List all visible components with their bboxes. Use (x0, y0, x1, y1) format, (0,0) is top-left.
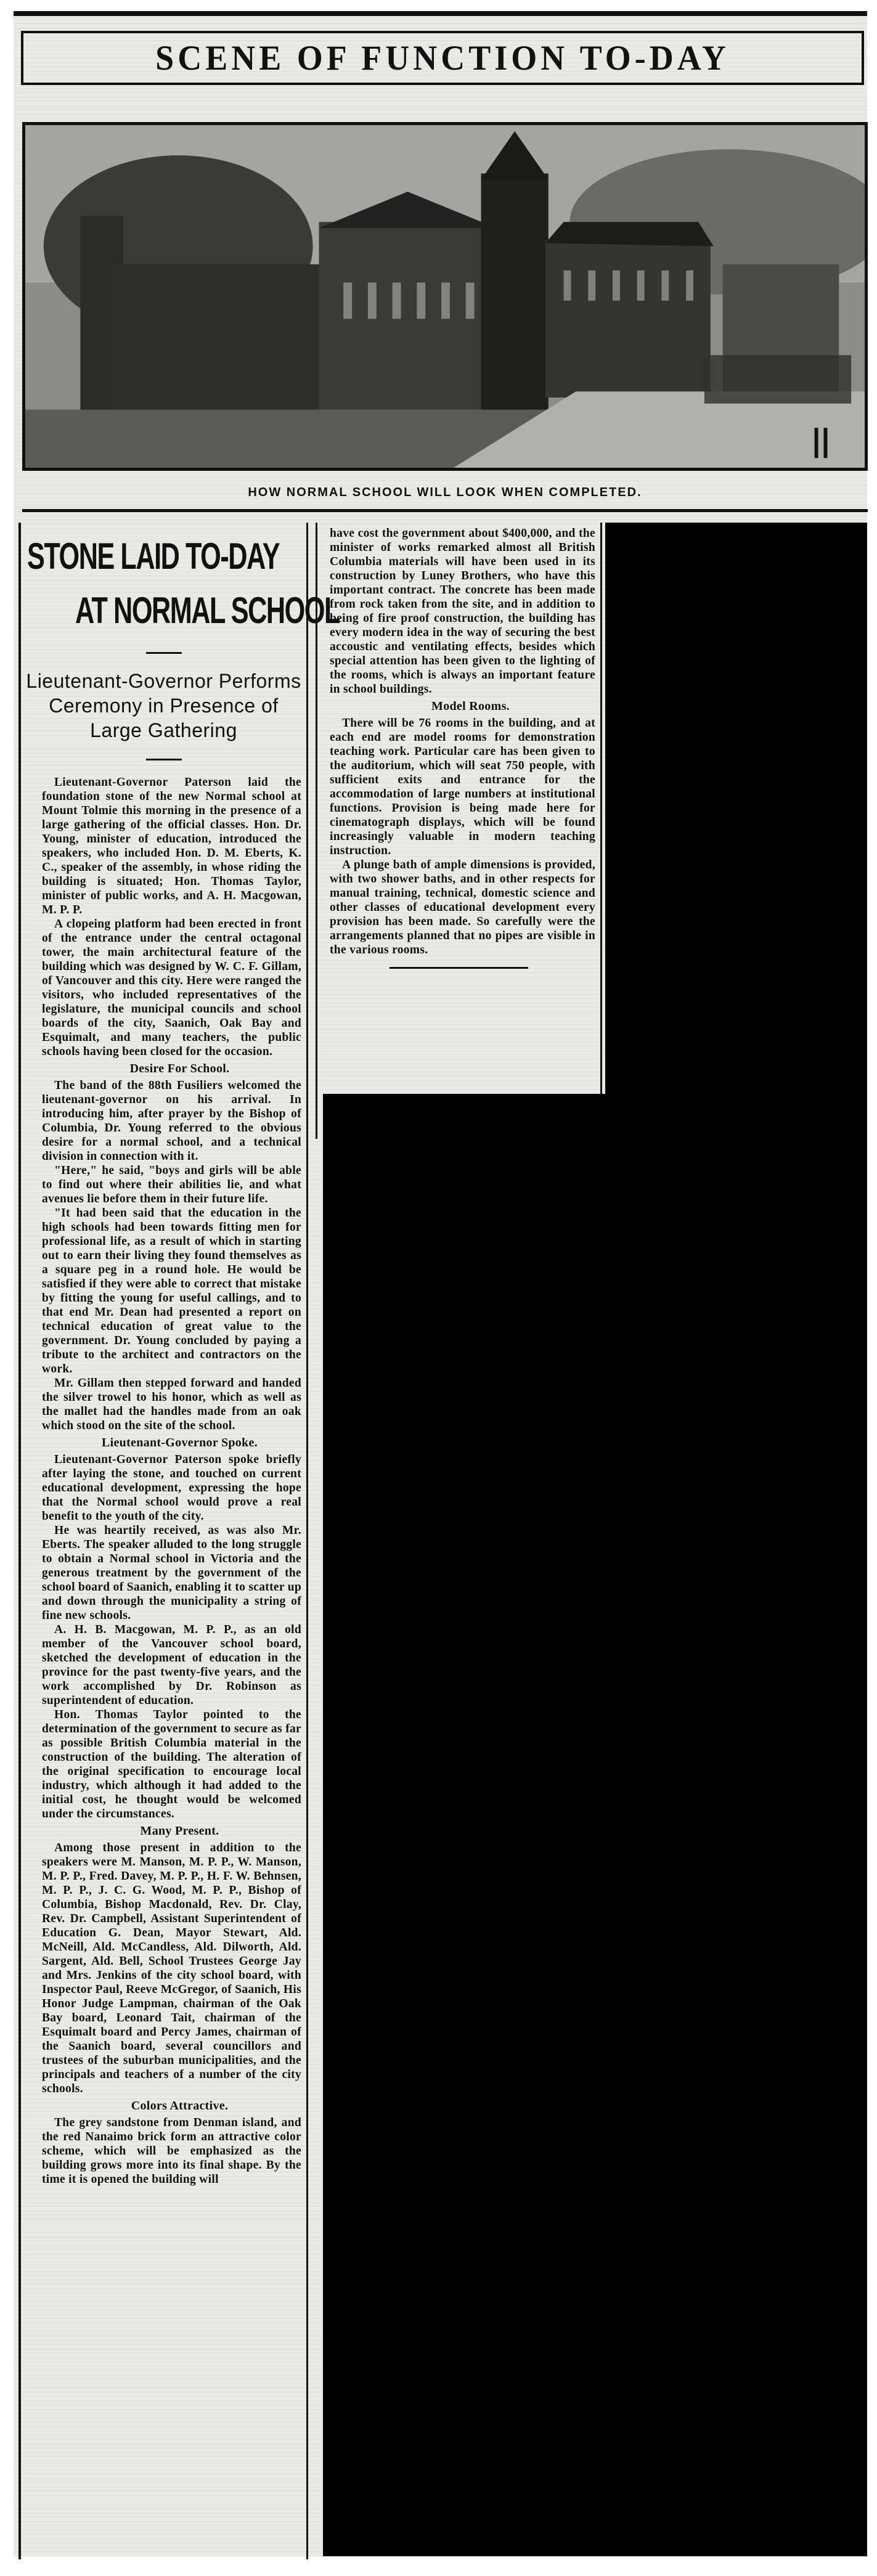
article-body-column-1: Lieutenant-Governor Paterson laid the fo… (21, 775, 306, 2187)
paragraph: The band of the 88th Fusiliers welcomed … (42, 1078, 301, 1164)
subheadline: Lieutenant-Governor Performs Ceremony in… (21, 669, 306, 743)
article-end-rule (390, 967, 528, 969)
headline-line-1: STONE LAID TO-DAY (27, 531, 228, 582)
paragraph: have cost the government about $400,000,… (330, 526, 595, 696)
redacted-region-right (605, 523, 867, 2556)
headline-divider (146, 652, 182, 654)
paragraph: A plunge bath of ample dimensions is pro… (330, 858, 595, 957)
paragraph: He was heartily received, as was also Mr… (42, 1523, 301, 1623)
school-illustration (22, 122, 868, 471)
paragraph: Hon. Thomas Taylor pointed to the determ… (42, 1708, 301, 1821)
paragraph: "It had been said that the education in … (42, 1206, 301, 1376)
illustration-caption: HOW NORMAL SCHOOL WILL LOOK WHEN COMPLET… (22, 486, 868, 500)
caption-rule (22, 509, 868, 512)
banner-box: SCENE OF FUNCTION TO-DAY (21, 31, 864, 85)
crosshead: Colors Attractive. (42, 2098, 301, 2113)
redacted-region-lower (323, 1094, 606, 2556)
paragraph: There will be 76 rooms in the building, … (330, 716, 595, 858)
paragraph: A. H. B. Macgowan, M. P. P., as an old m… (42, 1623, 301, 1708)
top-border-rule (14, 11, 867, 16)
paragraph: Among those present in addition to the s… (42, 1841, 301, 2096)
paragraph: Lieutenant-Governor Paterson laid the fo… (42, 775, 301, 917)
crosshead: Model Rooms. (330, 699, 595, 714)
crosshead: Desire For School. (42, 1061, 301, 1076)
paragraph: The grey sandstone from Denman island, a… (42, 2116, 301, 2187)
building-drawing-icon (25, 125, 865, 468)
paragraph: A clopeing platform had been erected in … (42, 917, 301, 1059)
article-body-column-2: have cost the government about $400,000,… (317, 523, 600, 957)
subheadline-divider (146, 759, 182, 760)
headline-line-2: AT NORMAL SCHOOL (75, 585, 242, 636)
newspaper-page: SCENE OF FUNCTION TO-DAY (14, 11, 867, 2556)
article-column-2: have cost the government about $400,000,… (316, 523, 602, 1139)
paragraph: Lieutenant-Governor Paterson spoke brief… (42, 1453, 301, 1523)
banner-title: SCENE OF FUNCTION TO-DAY (155, 38, 730, 78)
paragraph: Mr. Gillam then stepped forward and hand… (42, 1376, 301, 1433)
article-column-1: STONE LAID TO-DAY AT NORMAL SCHOOL Lieut… (18, 523, 308, 2559)
crosshead: Many Present. (42, 1824, 301, 1838)
crosshead: Lieutenant-Governor Spoke. (42, 1435, 301, 1450)
paragraph: "Here," he said, "boys and girls will be… (42, 1164, 301, 1206)
